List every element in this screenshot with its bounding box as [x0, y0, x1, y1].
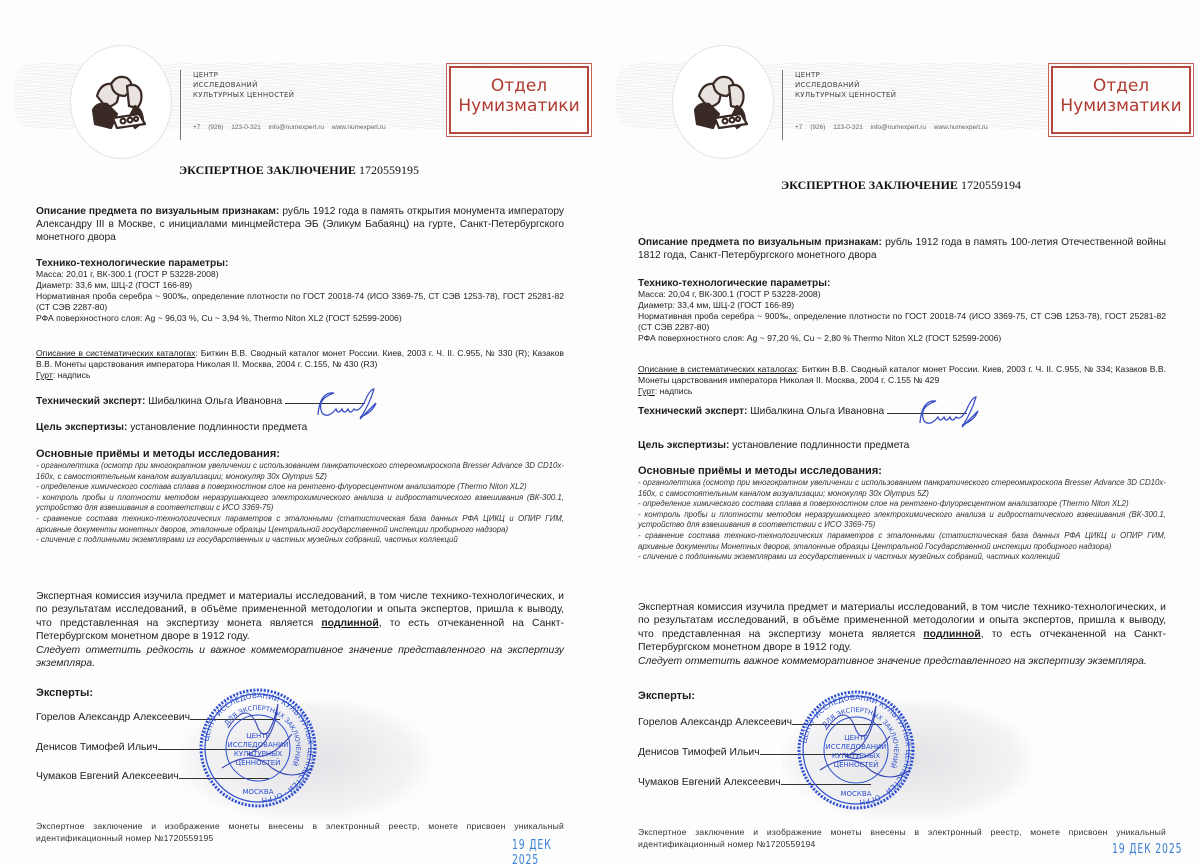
methods-label: Основные приёмы и методы исследования:	[638, 465, 1166, 478]
date-stamp: 19 ДЕК 2025	[512, 838, 581, 864]
doc-number: 1720559195	[359, 163, 419, 177]
edge-text: : надпись	[655, 386, 693, 396]
registry-footer: Экспертное заключение и изображение моне…	[36, 820, 564, 844]
verdict-authentic: подлинной	[321, 618, 378, 629]
param-xrf: РФА поверхностного слоя: Ag ~ 96,03 %, C…	[36, 313, 564, 324]
conclusion-section: Экспертная комиссия изучила предмет и ма…	[638, 601, 1166, 668]
method-item: - контроль пробы и плотности методом нер…	[36, 493, 564, 514]
website-link[interactable]: www.numexpert.ru	[934, 124, 988, 131]
description-label: Описание предмета по визуальным признака…	[36, 206, 279, 217]
tech-expert-signature	[914, 393, 984, 433]
experts-label: Эксперты:	[36, 687, 93, 699]
phone[interactable]: +7 (926) 123-0-321	[795, 124, 863, 131]
purpose-text: установление подлинности предмета	[732, 440, 909, 451]
edge-label: Гурт	[36, 370, 53, 380]
tech-expert-section: Технический эксперт: Шибалкина Ольга Ива…	[36, 395, 564, 408]
conclusion-text: Экспертная комиссия изучила предмет и ма…	[36, 590, 564, 644]
round-seal-stamp: ЦЕНТР ИССЛЕДОВАНИЙ КУЛЬТУРНЫХ ЦЕННОСТЕЙ …	[198, 688, 318, 808]
catalogs-section: Описание в систематических каталогах: Би…	[36, 348, 564, 381]
org-name-line-1: ЦЕНТР	[795, 70, 896, 80]
method-item: - определение химического состава сплава…	[36, 482, 564, 493]
param-xrf: РФА поверхностного слоя: Ag ~ 97,20 %, C…	[638, 333, 1166, 344]
method-item: - сличение с подлинными экземплярами из …	[638, 552, 1166, 563]
catalogs-section: Описание в систематических каталогах: Би…	[638, 364, 1166, 397]
param-mass: Масса: 20,01 г, ВК-300.1 (ГОСТ Р 53228-2…	[36, 269, 564, 280]
tech-expert-label: Технический эксперт:	[638, 406, 747, 417]
purpose-section: Цель экспертизы: установление подлинност…	[36, 421, 564, 434]
params-label: Технико-технологические параметры:	[36, 258, 564, 269]
method-item: - сличение с подлинными экземплярами из …	[36, 535, 564, 546]
param-fineness: Нормативная проба серебра ~ 900‰, опреде…	[638, 311, 1166, 333]
org-name-line-2: ИССЛЕДОВАНИЙ	[193, 80, 294, 90]
note-text: Следует отметить редкость и важное комме…	[36, 644, 564, 671]
methods-section: Основные приёмы и методы исследования: -…	[36, 448, 564, 546]
tech-expert-label: Технический эксперт:	[36, 396, 145, 407]
experts-examining-coins-icon	[85, 66, 157, 138]
catalogs-label: Описание в систематических каталогах	[638, 364, 797, 374]
method-item: - органолептика (осмотр при многократном…	[638, 478, 1166, 499]
params-section: Технико-технологические параметры: Масса…	[638, 278, 1166, 344]
expert-conclusion-page-1: ЦЕНТР ИССЛЕДОВАНИЙ КУЛЬТУРНЫХ ЦЕННОСТЕЙ …	[0, 0, 598, 864]
contacts: +7 (926) 123-0-321 info@numexpert.ru www…	[193, 124, 386, 131]
org-logo	[70, 45, 172, 159]
method-item: - сравнение состава технико-технологичес…	[638, 531, 1166, 552]
methods-section: Основные приёмы и методы исследования: -…	[638, 465, 1166, 563]
tech-expert-signature	[312, 385, 382, 425]
round-seal-stamp: ЦЕНТР ИССЛЕДОВАНИЙ КУЛЬТУРНЫХ ЦЕННОСТЕЙ …	[796, 690, 916, 810]
date-stamp: 19 ДЕК 2025	[1112, 842, 1182, 857]
svg-text:МОСКВА: МОСКВА	[243, 788, 274, 796]
registry-footer: Экспертное заключение и изображение моне…	[638, 826, 1166, 850]
expert-conclusion-page-2: ЦЕНТР ИССЛЕДОВАНИЙ КУЛЬТУРНЫХ ЦЕННОСТЕЙ …	[602, 0, 1200, 864]
param-diameter: Диаметр: 33,4 мм, ШЦ-2 (ГОСТ 166-89)	[638, 300, 1166, 311]
org-name-line-1: ЦЕНТР	[193, 70, 294, 80]
conclusion-text: Экспертная комиссия изучила предмет и ма…	[638, 601, 1166, 655]
svg-text:МОСКВА: МОСКВА	[841, 790, 872, 798]
edge-text: : надпись	[53, 370, 91, 380]
experts-label: Эксперты:	[638, 690, 695, 702]
tech-expert-section: Технический эксперт: Шибалкина Ольга Ива…	[638, 405, 1166, 418]
purpose-text: установление подлинности предмета	[130, 422, 307, 433]
org-name-line-2: ИССЛЕДОВАНИЙ	[795, 80, 896, 90]
org-name-line-3: КУЛЬТУРНЫХ ЦЕННОСТЕЙ	[193, 90, 294, 100]
contacts: +7 (926) 123-0-321 info@numexpert.ru www…	[795, 124, 988, 131]
verdict-authentic: подлинной	[923, 629, 980, 640]
params-label: Технико-технологические параметры:	[638, 278, 1166, 289]
description-section: Описание предмета по визуальным признака…	[638, 236, 1166, 262]
param-diameter: Диаметр: 33,6 мм, ШЦ-2 (ГОСТ 166-89)	[36, 280, 564, 291]
purpose-section: Цель экспертизы: установление подлинност…	[638, 439, 1166, 452]
doc-title: ЭКСПЕРТНОЕ ЗАКЛЮЧЕНИЕ 1720559194	[602, 178, 1200, 193]
org-logo	[672, 45, 774, 159]
department-line-2: Нумизматики	[1053, 96, 1189, 116]
doc-title-label: ЭКСПЕРТНОЕ ЗАКЛЮЧЕНИЕ	[781, 178, 958, 192]
method-item: - контроль пробы и плотности методом нер…	[638, 510, 1166, 531]
description-section: Описание предмета по визуальным признака…	[36, 205, 564, 244]
email-link[interactable]: info@numexpert.ru	[269, 124, 324, 131]
description-label: Описание предмета по визуальным признака…	[638, 237, 882, 248]
phone[interactable]: +7 (926) 123-0-321	[193, 124, 261, 131]
org-name-line-3: КУЛЬТУРНЫХ ЦЕННОСТЕЙ	[795, 90, 896, 100]
conclusion-section: Экспертная комиссия изучила предмет и ма…	[36, 590, 564, 670]
note-text: Следует отметить важное коммеморативное …	[638, 655, 1166, 668]
edge-label: Гурт	[638, 386, 655, 396]
experts-examining-coins-icon	[687, 66, 759, 138]
tech-expert-name: Шибалкина Ольга Ивановна	[148, 396, 282, 407]
methods-label: Основные приёмы и методы исследования:	[36, 448, 564, 461]
params-section: Технико-технологические параметры: Масса…	[36, 258, 564, 324]
department-line-2: Нумизматики	[451, 96, 587, 116]
method-item: - сравнение состава технико-технологичес…	[36, 514, 564, 535]
param-fineness: Нормативная проба серебра ~ 900‰, опреде…	[36, 291, 564, 313]
email-link[interactable]: info@numexpert.ru	[871, 124, 926, 131]
department-stamp: Отдел Нумизматики	[1051, 66, 1191, 134]
department-line-1: Отдел	[1053, 76, 1189, 96]
method-item: - определение химического состава сплава…	[638, 499, 1166, 510]
purpose-label: Цель экспертизы:	[36, 422, 127, 433]
doc-number: 1720559194	[961, 178, 1021, 192]
doc-title: ЭКСПЕРТНОЕ ЗАКЛЮЧЕНИЕ 1720559195	[0, 163, 598, 178]
website-link[interactable]: www.numexpert.ru	[332, 124, 386, 131]
catalogs-label: Описание в систематических каталогах	[36, 348, 195, 358]
tech-expert-name: Шибалкина Ольга Ивановна	[750, 406, 884, 417]
department-line-1: Отдел	[451, 76, 587, 96]
department-stamp: Отдел Нумизматики	[449, 66, 589, 134]
purpose-label: Цель экспертизы:	[638, 440, 729, 451]
doc-title-label: ЭКСПЕРТНОЕ ЗАКЛЮЧЕНИЕ	[179, 163, 356, 177]
method-item: - органолептика (осмотр при многократном…	[36, 461, 564, 482]
param-mass: Масса: 20,04 г, ВК-300.1 (ГОСТ Р 53228-2…	[638, 289, 1166, 300]
